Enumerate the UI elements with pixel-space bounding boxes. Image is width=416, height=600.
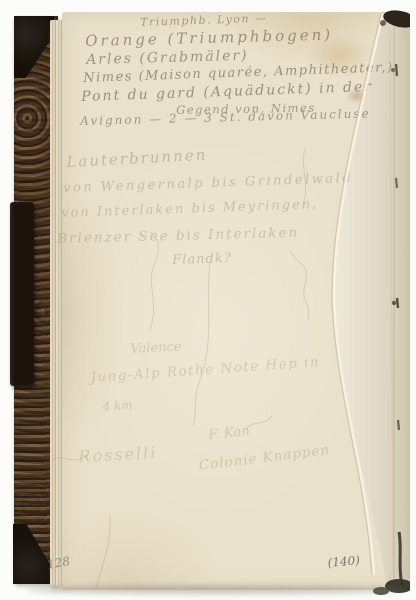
- pencil-faint-line: 4 km: [102, 398, 133, 414]
- pencil-note-line: Flandk?: [172, 251, 232, 268]
- page-number-right: (140): [327, 553, 360, 570]
- notebook-photo: Triumphb. Lyon — Orange (Triumphbogen) A…: [0, 0, 416, 600]
- pencil-faint-line: Valence: [130, 339, 182, 357]
- book-drop-shadow: [26, 586, 404, 594]
- photo-right-margin: [410, 0, 416, 600]
- book-spine-band: [10, 202, 34, 386]
